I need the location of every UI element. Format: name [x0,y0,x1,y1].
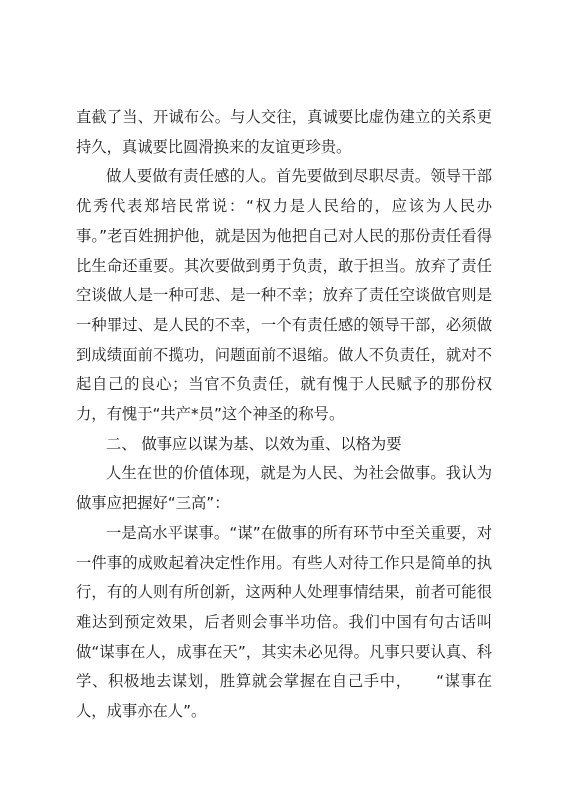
document-page: 直截了当、开诚布公。与人交往，真诚要比虚伪建立的关系更持久，真诚要比圆滑换来的友… [76,103,492,727]
paragraph-sincerity-continuation: 直截了当、开诚布公。与人交往，真诚要比虚伪建立的关系更持久，真诚要比圆滑换来的友… [76,103,492,162]
paragraph-responsibility: 做人要做有责任感的人。首先要做到尽职尽责。领导干部优秀代表郑培民常说：“权力是人… [76,162,492,429]
paragraph-life-value: 人生在世的价值体现，就是为人民、为社会做事。我认为做事应把握好“三高”： [76,459,492,518]
section-heading-two: 二、 做事应以谋为基、以效为重、以格为要 [76,430,492,460]
paragraph-high-level-planning: 一是高水平谋事。“谋”在做事的所有环节中至关重要，对一件事的成败起着决定性作用。… [76,519,492,727]
